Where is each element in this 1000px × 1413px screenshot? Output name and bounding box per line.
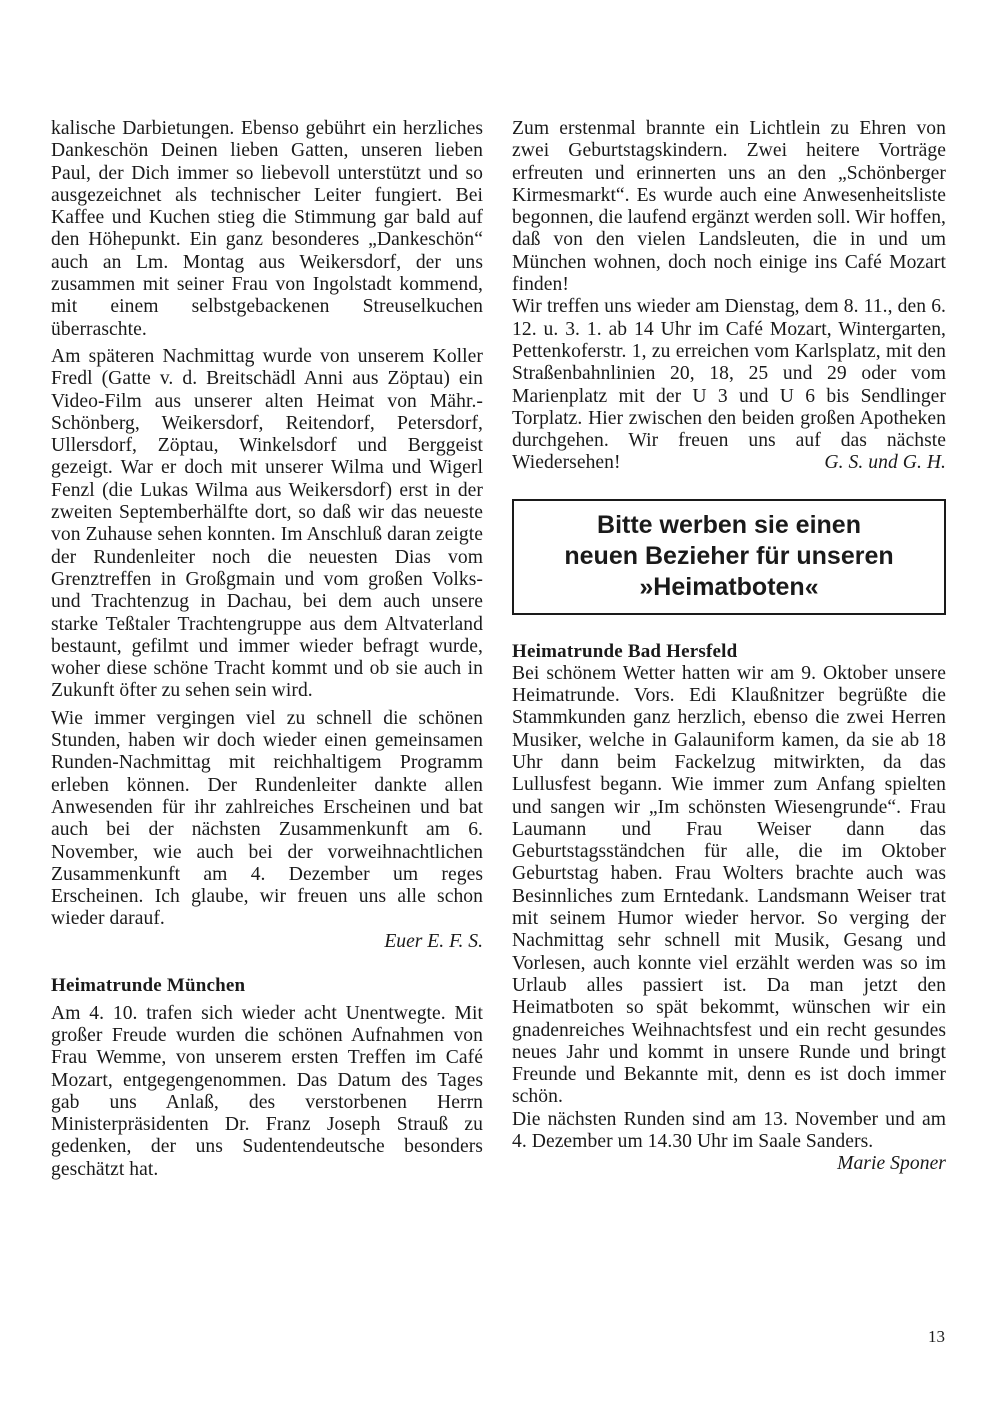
article-paragraph: Wir treffen uns wieder am Dienstag, dem … (512, 296, 946, 474)
right-column: Zum erstenmal brannte ein Lichtlein zu E… (512, 118, 946, 1176)
left-column: kalische Darbietungen. Ebenso gebührt ei… (51, 118, 483, 1181)
page-number: 13 (928, 1327, 945, 1347)
article-paragraph: Zum erstenmal brannte ein Lichtlein zu E… (512, 118, 946, 296)
paragraph-text: Die nächsten Runden sind am 13. November… (512, 1109, 946, 1152)
ad-line: »Heimatboten« (564, 572, 893, 603)
ad-line: neuen Bezieher für unseren (564, 541, 893, 572)
signature: Euer E. F. S. (51, 931, 483, 953)
advertisement-text: Bitte werben sie einen neuen Bezieher fü… (564, 510, 893, 603)
signature: G. S. und G. H. (824, 452, 946, 474)
article-paragraph: Wie immer vergingen viel zu schnell die … (51, 708, 483, 931)
paragraph-text: Wir treffen uns wieder am Dienstag, dem … (512, 296, 946, 473)
article-paragraph: kalische Darbietungen. Ebenso gebührt ei… (51, 118, 483, 341)
section-heading: Heimatrunde München (51, 975, 483, 997)
article-paragraph: Die nächsten Runden sind am 13. November… (512, 1109, 946, 1154)
section-heading: Heimatrunde Bad Hersfeld (512, 641, 946, 663)
article-paragraph: Am 4. 10. trafen sich wieder acht Unentw… (51, 1003, 483, 1181)
signature: Marie Sponer (837, 1153, 946, 1175)
article-paragraph: Bei schönem Wetter hatten wir am 9. Okto… (512, 663, 946, 1109)
ad-line: Bitte werben sie einen (564, 510, 893, 541)
article-paragraph: Am späteren Nachmittag wurde von unserem… (51, 346, 483, 703)
advertisement-box: Bitte werben sie einen neuen Bezieher fü… (512, 499, 946, 615)
